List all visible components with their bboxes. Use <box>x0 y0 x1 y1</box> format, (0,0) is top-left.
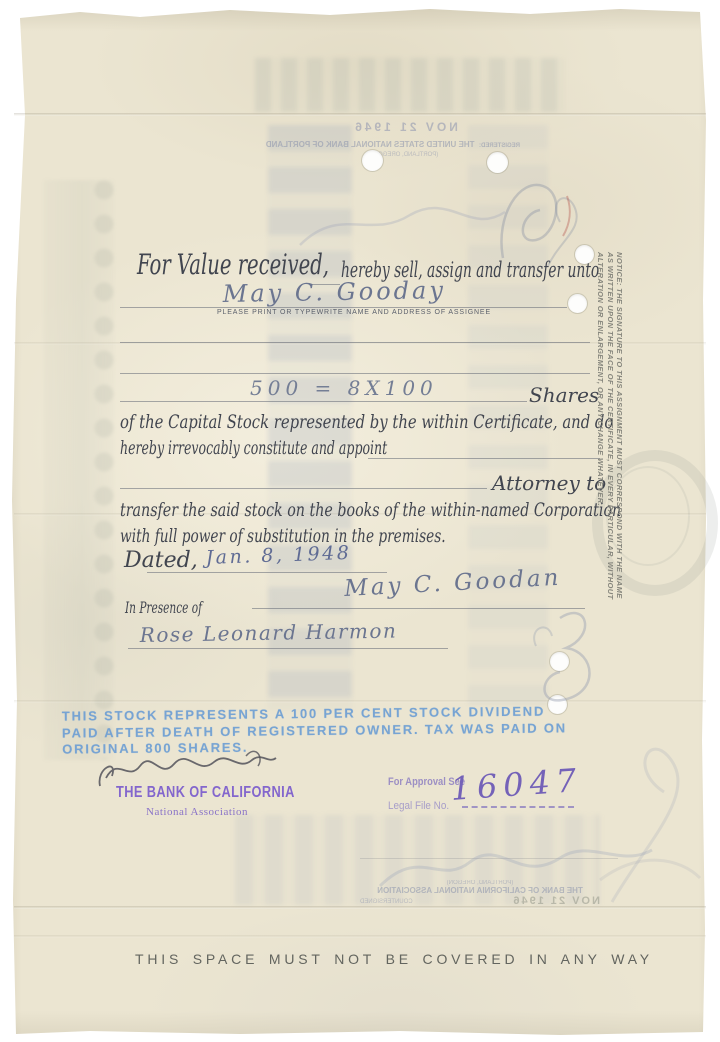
showthrough-registered-bank: THE UNITED STATES NATIONAL BANK OF PORTL… <box>266 140 475 149</box>
shares-value-handwriting: 500 = 8X100 <box>250 376 438 400</box>
showthrough-registered-location: (PORTLAND, OREGON) <box>290 152 520 158</box>
punch-hole <box>550 652 569 671</box>
attorney-rule <box>120 488 487 489</box>
signature-notice-line: NOTICE: THE SIGNATURE TO THIS ASSIGNMENT… <box>615 252 624 642</box>
capital-stock-text-2: hereby irrevocably constitute and appoin… <box>120 437 387 459</box>
capital-stock-text-1: of the Capital Stock represented by the … <box>120 411 613 433</box>
bank-stamp-title: THE BANK OF CALIFORNIA <box>116 784 295 802</box>
signature-rule <box>252 608 585 609</box>
appoint-rule <box>368 458 600 459</box>
punch-hole <box>568 294 587 313</box>
legal-file-rule <box>462 806 574 808</box>
dated-label: Dated, <box>124 548 198 573</box>
showthrough-registered-label: REGISTERED: <box>479 143 520 149</box>
showthrough-bottom-bank: THE BANK OF CALIFORNIA NATIONAL ASSOCIAT… <box>360 886 600 895</box>
assignee-name-handwriting: May C. Gooday <box>223 276 447 308</box>
punch-hole <box>362 150 383 171</box>
signature-notice: NOTICE: THE SIGNATURE TO THIS ASSIGNMENT… <box>596 252 624 642</box>
in-presence-of-label: In Presence of <box>125 598 202 617</box>
witness-rule <box>128 648 448 649</box>
shares-label: Shares <box>529 383 599 407</box>
shares-rule <box>120 401 527 402</box>
witness-signature-handwriting: Rose Leonard Harmon <box>140 619 398 647</box>
for-value-received-text: For Value received, <box>137 248 329 281</box>
blank-rule <box>120 342 590 343</box>
do-not-cover-notice: THIS SPACE MUST NOT BE COVERED IN ANY WA… <box>135 951 653 967</box>
showthrough-rule <box>360 858 618 859</box>
bank-stamp-subtitle: National Association <box>146 806 248 818</box>
legal-file-label: Legal File No. <box>388 800 449 812</box>
blank-rule <box>120 373 590 374</box>
showthrough-countersigned-label: COUNTERSIGNED <box>360 899 413 907</box>
certificate-back-page: NOV 21 1946 REGISTERED: THE UNITED STATE… <box>0 0 720 1042</box>
transfer-text-1: transfer the said stock on the books of … <box>120 499 621 521</box>
attorney-label: Attorney to <box>492 471 606 495</box>
signature-notice-line: ALTERATION OR ENLARGEMENT, OR ANY CHANGE… <box>596 252 605 642</box>
dividend-stamp: THIS STOCK REPRESENTS A 100 PER CENT STO… <box>62 703 567 758</box>
signature-notice-line: AS WRITTEN UPON THE FACE OF THE CERTIFIC… <box>605 252 614 642</box>
punch-hole <box>548 695 567 714</box>
assignee-rule <box>120 307 567 308</box>
showthrough-countersign-block: (PORTLAND, OREGON) THE BANK OF CALIFORNI… <box>360 880 600 907</box>
punch-hole <box>575 245 594 264</box>
showthrough-bottom-date-stamp: NOV 21 1946 <box>511 895 600 907</box>
punch-hole <box>487 152 508 173</box>
assignee-caption: PLEASE PRINT OR TYPEWRITE NAME AND ADDRE… <box>217 309 491 316</box>
dated-rule <box>147 572 387 573</box>
showthrough-registration-block: NOV 21 1946 REGISTERED: THE UNITED STATE… <box>290 120 520 164</box>
showthrough-date-stamp: NOV 21 1946 <box>290 120 520 134</box>
